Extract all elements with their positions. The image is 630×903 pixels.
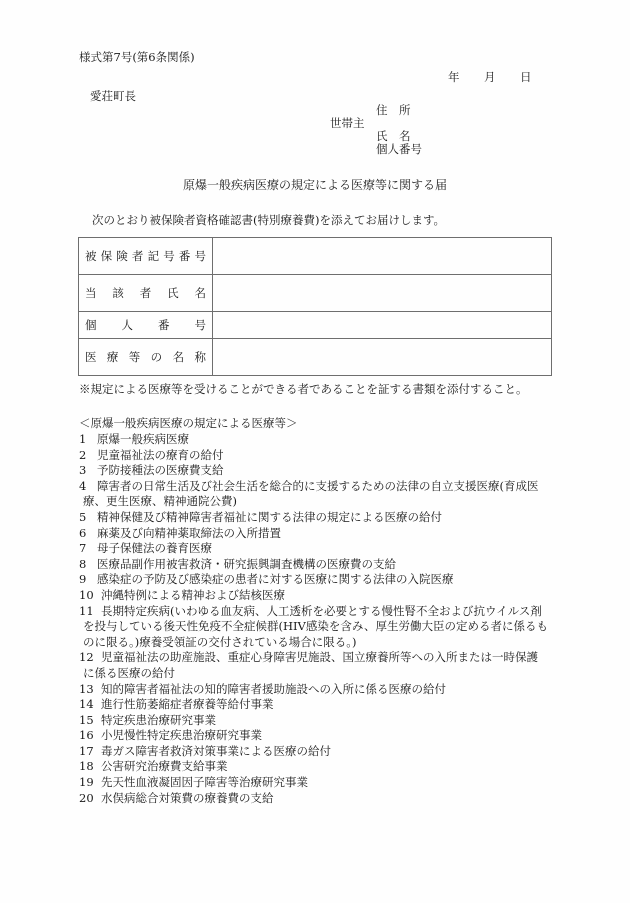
item-number: 8 xyxy=(79,557,97,573)
item-number: 19 xyxy=(79,775,101,791)
label-char: 氏 xyxy=(167,285,179,301)
item-number: 17 xyxy=(79,744,101,760)
item-text: 公害研究治療費支給事業 xyxy=(101,759,228,773)
label-char: 号 xyxy=(194,248,206,264)
item-text: 先天性血液凝固因子障害等治療研究事業 xyxy=(101,775,308,789)
recipient: 愛荘町長 xyxy=(90,89,136,103)
label-char: 番 xyxy=(179,248,191,264)
item-number: 13 xyxy=(79,682,101,698)
item-number: 3 xyxy=(79,463,97,479)
item-number: 18 xyxy=(79,759,101,775)
label-char: 名 xyxy=(195,285,207,301)
item-text: 沖縄特例による精神および結核医療 xyxy=(101,588,285,602)
table-row: 個 人 番 号 xyxy=(79,312,552,339)
label-char: 記 xyxy=(148,248,160,264)
label-char: 人 xyxy=(122,317,134,333)
item-text: 児童福祉法の療育の給付 xyxy=(97,448,224,462)
item-text-continued: のに限る。)療養受領証の交付されている場合に限る。) xyxy=(83,635,553,651)
list-item: 7母子保健法の養育医療 xyxy=(79,541,553,557)
item-number: 9 xyxy=(79,572,97,588)
item-text: 医療品副作用被害救済・研究振興調査機構の医療費の支給 xyxy=(97,557,396,571)
label-char: 保 xyxy=(101,248,113,264)
label-char: 号 xyxy=(195,317,207,333)
date-year-label: 年 xyxy=(448,69,460,85)
item-number: 5 xyxy=(79,510,97,526)
label-char: 者 xyxy=(140,285,152,301)
item-text: 特定疾患治療研究事業 xyxy=(101,713,216,727)
table-row: 当 該 者 氏 名 xyxy=(79,275,552,312)
list-item: 3予防接種法の医療費支給 xyxy=(79,463,553,479)
item-text: 小児慢性特定疾患治療研究事業 xyxy=(101,728,262,742)
item-text-continued: を投与している後天性免疫不全症候群(HIV感染を含み、厚生労働大臣の定める者に係… xyxy=(83,619,553,635)
item-number: 16 xyxy=(79,728,101,744)
date-month-label: 月 xyxy=(484,69,496,85)
item-number: 7 xyxy=(79,541,97,557)
label-char: 番 xyxy=(158,317,170,333)
label-char: 名 xyxy=(173,349,185,365)
item-text: 知的障害者福祉法の知的障害者援助施設への入所に係る医療の給付 xyxy=(101,682,446,696)
list-item: 20水俣病総合対策費の療養費の支給 xyxy=(79,791,553,807)
table-row: 医 療 等 の 名 称 xyxy=(79,339,552,376)
list-item: 8医療品副作用被害救済・研究振興調査機構の医療費の支給 xyxy=(79,557,553,573)
label-char: 等 xyxy=(129,349,141,365)
item-text-continued: 療、更生医療、精神通院公費) xyxy=(83,494,553,510)
label-char: 険 xyxy=(116,248,128,264)
insured-number-field[interactable] xyxy=(213,238,552,275)
label-char: 医 xyxy=(85,349,97,365)
label-char: 個 xyxy=(85,317,97,333)
item-number: 6 xyxy=(79,526,97,542)
list-item: 5精神保健及び精神障害者福祉に関する法律の規定による医療の給付 xyxy=(79,510,553,526)
list-item: 6麻薬及び向精神薬取締法の入所措置 xyxy=(79,526,553,542)
name-label: 氏 名 xyxy=(376,129,411,143)
info-table: 被 保 険 者 記 号 番 号 当 該 者 氏 名 xyxy=(78,237,552,376)
item-text: 長期特定疾病(いわゆる血友病、人工透析を必要とする慢性腎不全および抗ウイルス剤 xyxy=(101,604,542,618)
list-item: 1原爆一般疾病医療 xyxy=(79,432,553,448)
item-text: 予防接種法の医療費支給 xyxy=(97,463,224,477)
item-number: 10 xyxy=(79,588,101,604)
date-day-label: 日 xyxy=(520,69,532,85)
medical-list: 1原爆一般疾病医療 2児童福祉法の療育の給付 3予防接種法の医療費支給 4障害者… xyxy=(79,432,553,806)
list-item: 13知的障害者福祉法の知的障害者援助施設への入所に係る医療の給付 xyxy=(79,682,553,698)
attachment-note: ※規定による医療等を受けることができる者であることを証する書類を添付すること。 xyxy=(79,382,528,396)
label-char: 称 xyxy=(194,349,206,365)
form-number: 様式第7号(第6条関係) xyxy=(79,50,195,64)
personal-number-label: 個 人 番 号 xyxy=(79,312,213,339)
person-name-label: 当 該 者 氏 名 xyxy=(79,275,213,312)
table-row: 被 保 険 者 記 号 番 号 xyxy=(79,238,552,275)
householder-label: 世帯主 xyxy=(330,116,365,130)
list-item: 14進行性筋萎縮症者療養等給付事業 xyxy=(79,697,553,713)
label-char: 者 xyxy=(132,248,144,264)
list-item: 17毒ガス障害者救済対策事業による医療の給付 xyxy=(79,744,553,760)
list-item: 9感染症の予防及び感染症の患者に対する医療に関する法律の入院医療 xyxy=(79,572,553,588)
list-item: 19先天性血液凝固因子障害等治療研究事業 xyxy=(79,775,553,791)
item-text: 進行性筋萎縮症者療養等給付事業 xyxy=(101,697,274,711)
medical-name-label: 医 療 等 の 名 称 xyxy=(79,339,213,376)
item-number: 2 xyxy=(79,448,97,464)
list-item: 18公害研究治療費支給事業 xyxy=(79,759,553,775)
item-number: 15 xyxy=(79,713,101,729)
id-number-label: 個人番号 xyxy=(376,142,422,156)
list-item: 4障害者の日常生活及び社会生活を総合的に支援するための法律の自立支援医療(育成医… xyxy=(79,479,553,510)
label-char: 当 xyxy=(85,285,97,301)
item-text: 感染症の予防及び感染症の患者に対する医療に関する法律の入院医療 xyxy=(97,572,454,586)
label-char: 被 xyxy=(85,248,97,264)
list-item: 16小児慢性特定疾患治療研究事業 xyxy=(79,728,553,744)
item-text: 児童福祉法の助産施設、重症心身障害児施設、国立療養所等への入所または一時保護 xyxy=(101,650,538,664)
page-title: 原爆一般疾病医療の規定による医療等に関する届 xyxy=(0,178,630,192)
item-text: 母子保健法の養育医療 xyxy=(97,541,212,555)
list-item: 2児童福祉法の療育の給付 xyxy=(79,448,553,464)
medical-name-field[interactable] xyxy=(213,339,552,376)
item-text: 水俣病総合対策費の療養費の支給 xyxy=(101,791,274,805)
item-number: 14 xyxy=(79,697,101,713)
list-item: 12児童福祉法の助産施設、重症心身障害児施設、国立療養所等への入所または一時保護… xyxy=(79,650,553,681)
item-text: 毒ガス障害者救済対策事業による医療の給付 xyxy=(101,744,331,758)
item-text: 精神保健及び精神障害者福祉に関する法律の規定による医療の給付 xyxy=(97,510,442,524)
list-item: 15特定疾患治療研究事業 xyxy=(79,713,553,729)
list-item: 10沖縄特例による精神および結核医療 xyxy=(79,588,553,604)
item-text: 障害者の日常生活及び社会生活を総合的に支援するための法律の自立支援医療(育成医 xyxy=(97,479,538,493)
item-text: 原爆一般疾病医療 xyxy=(97,432,189,446)
intro-text: 次のとおり被保険者資格確認書(特別療養費)を添えてお届けします。 xyxy=(92,213,445,227)
item-text-continued: に係る医療の給付 xyxy=(83,666,553,682)
insured-number-label: 被 保 険 者 記 号 番 号 xyxy=(79,238,213,275)
address-label: 住 所 xyxy=(376,103,411,117)
label-char: 療 xyxy=(107,349,119,365)
label-char: 該 xyxy=(112,285,124,301)
item-number: 1 xyxy=(79,432,97,448)
label-char: 号 xyxy=(163,248,175,264)
item-text: 麻薬及び向精神薬取締法の入所措置 xyxy=(97,526,281,540)
list-item: 11長期特定疾病(いわゆる血友病、人工透析を必要とする慢性腎不全および抗ウイルス… xyxy=(79,604,553,651)
personal-number-field[interactable] xyxy=(213,312,552,339)
label-char: の xyxy=(151,349,163,365)
list-heading: ＜原爆一般疾病医療の規定による医療等＞ xyxy=(79,416,298,430)
item-number: 20 xyxy=(79,791,101,807)
person-name-field[interactable] xyxy=(213,275,552,312)
